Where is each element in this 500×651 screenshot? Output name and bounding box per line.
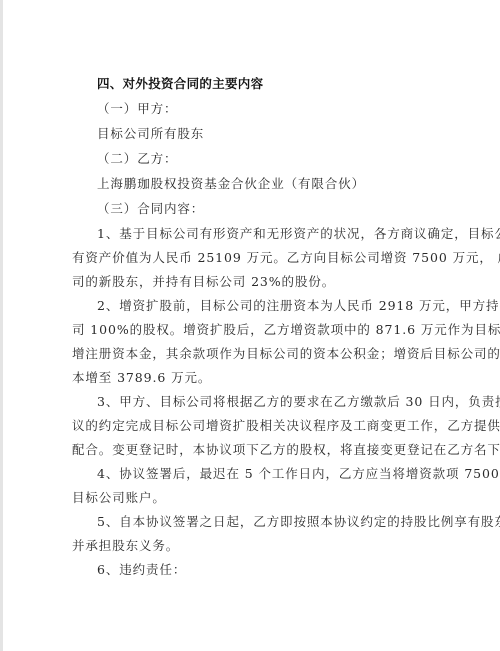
clause-4-line-2: 目标公司账户。 <box>72 490 166 506</box>
clause-2-line-2: 司 100%的股权。增资扩股后，乙方增资款项中的 871.6 万元作为目标公司的… <box>72 322 500 338</box>
clause-2-line-3: 增注册资本金，其余款项作为目标公司的资本公积金；增资后目标公司的注册资 <box>72 346 500 362</box>
clause-3-line-1: 3、甲方、目标公司将根据乙方的要求在乙方缴款后 30 日内，负责按照本协 <box>97 394 500 410</box>
clause-1-line-3: 司的新股东，并持有目标公司 23%的股份。 <box>72 274 335 290</box>
section-title: 四、对外投资合同的主要内容 <box>97 76 263 92</box>
clause-3-line-3: 配合。变更登记时，本协议项下乙方的股权，将直接变更登记在乙方名下。 <box>72 442 500 458</box>
party-b-value: 上海鹏珈股权投资基金合伙企业（有限合伙） <box>97 176 365 192</box>
clause-3-line-2: 议的约定完成目标公司增资扩股相关决议程序及工商变更工作，乙方提供必要的 <box>72 418 500 434</box>
clause-2-line-4: 本增至 3789.6 万元。 <box>72 370 211 386</box>
party-a-value: 目标公司所有股东 <box>97 126 204 142</box>
party-a-label: （一）甲方： <box>97 101 177 117</box>
clause-5-line-2: 并承担股东义务。 <box>72 538 179 554</box>
document-page: 四、对外投资合同的主要内容 （一）甲方： 目标公司所有股东 （二）乙方： 上海鹏… <box>0 0 500 651</box>
clause-1-line-2: 有资产价值为人民币 25109 万元。乙方向目标公司增资 7500 万元， 成为… <box>72 250 500 266</box>
clause-4-line-1: 4、协议签署后，最迟在 5 个工作日内，乙方应当将增资款项 7500 万元汇入 <box>97 466 500 482</box>
clause-5-line-1: 5、自本协议签署之日起，乙方即按照本协议约定的持股比例享有股东权益 <box>97 514 500 530</box>
contract-label: （三）合同内容： <box>97 201 204 217</box>
clause-6-title: 6、违约责任： <box>97 562 186 578</box>
party-b-label: （二）乙方： <box>97 151 177 167</box>
clause-1-line-1: 1、基于目标公司有形资产和无形资产的状况，各方商议确定，目标公司现 <box>97 226 500 242</box>
clause-2-line-1: 2、增资扩股前，目标公司的注册资本为人民币 2918 万元，甲方持有目标公 <box>97 298 500 314</box>
